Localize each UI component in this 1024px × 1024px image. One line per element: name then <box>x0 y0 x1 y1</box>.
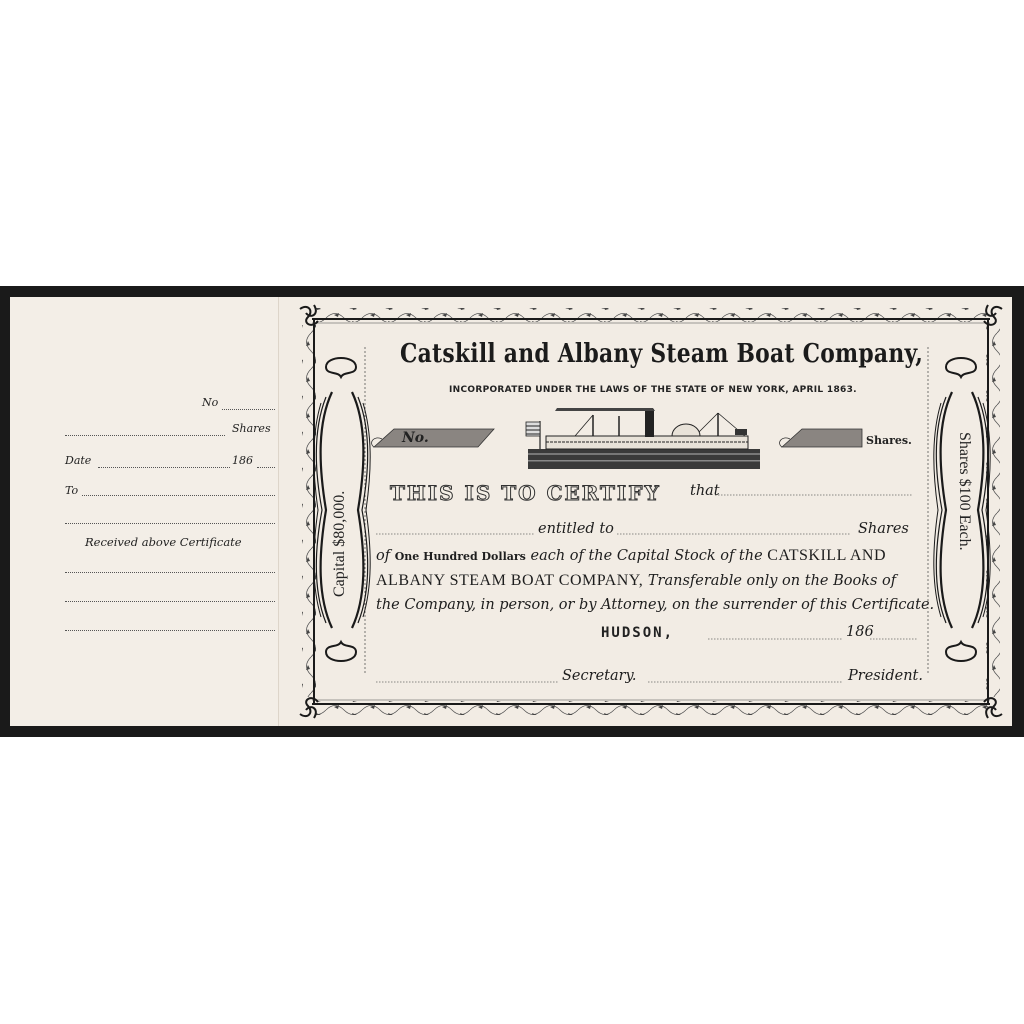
ribbon-shares-label: Shares. <box>866 434 912 447</box>
holder-name-continued-field[interactable] <box>376 520 535 534</box>
certify-heading: THIS IS TO CERTIFY <box>390 481 661 505</box>
steamboat-vignette <box>526 408 760 469</box>
president-label: President. <box>848 668 923 684</box>
incorporation-line: INCORPORATED UNDER THE LAWS OF THE STATE… <box>449 385 857 395</box>
stub-date-label: Date <box>65 454 91 467</box>
stub-to-label: To <box>65 484 78 497</box>
stub-year-prefix: 186 <box>232 454 253 467</box>
share-count-field[interactable] <box>802 431 860 447</box>
place-label: HUDSON, <box>601 625 674 641</box>
body-line-2: ALBANY STEAM BOAT COMPANY, Transferable … <box>376 572 896 590</box>
par-value-text: One Hundred Dollars <box>395 550 526 563</box>
capital-stock-text: each of the Capital Stock of the <box>530 548 762 564</box>
shares-word: Shares <box>858 521 909 537</box>
stub-date-field[interactable] <box>98 467 230 468</box>
of-word: of <box>376 548 390 564</box>
certificate-number-label: No. <box>402 430 429 446</box>
stub-to-field[interactable] <box>82 495 275 496</box>
stub-no-label: No <box>202 396 218 409</box>
par-value-panel-text: Shares $100 Each. <box>955 432 973 551</box>
stub-receipt-line-2[interactable] <box>65 601 275 602</box>
stub-receipt-line-1[interactable] <box>65 572 275 573</box>
company-name-caps-1: CATSKILL AND <box>767 547 886 564</box>
stub-no-field[interactable] <box>222 409 275 410</box>
company-title: Catskill and Albany Steam Boat Company, <box>400 339 923 369</box>
bleed-through-text <box>686 397 700 401</box>
president-signature-field[interactable] <box>648 668 842 682</box>
entitled-to-text: entitled to <box>538 521 614 537</box>
stub-shares-field[interactable] <box>65 435 225 436</box>
certificate-stub: No Shares Date 186 To Received above Cer… <box>10 297 279 726</box>
secretary-signature-field[interactable] <box>376 668 558 682</box>
body-line-1: of One Hundred Dollars each of the Capit… <box>376 547 886 565</box>
stub-year-field[interactable] <box>257 467 275 468</box>
secretary-label: Secretary. <box>562 668 636 684</box>
issue-date-field[interactable] <box>708 625 842 639</box>
stock-certificate: Catskill and Albany Steam Boat Company, … <box>290 297 1012 726</box>
stub-receipt-line-3[interactable] <box>65 630 275 631</box>
stub-received-label: Received above Certificate <box>85 535 242 549</box>
holder-name-field[interactable] <box>715 481 912 495</box>
certificate-number-field[interactable] <box>435 431 493 447</box>
company-name-caps-2: ALBANY STEAM BOAT COMPANY, <box>376 572 643 589</box>
stub-to-field-2[interactable] <box>65 523 275 524</box>
issue-year-field[interactable] <box>870 625 918 639</box>
body-line-3: the Company, in person, or by Attorney, … <box>376 597 934 613</box>
shares-amount-field[interactable] <box>617 520 850 534</box>
capital-panel-text: Capital $80,000. <box>331 491 349 597</box>
transferable-text: Transferable only on the Books of <box>648 573 896 589</box>
stub-shares-label: Shares <box>232 422 271 435</box>
